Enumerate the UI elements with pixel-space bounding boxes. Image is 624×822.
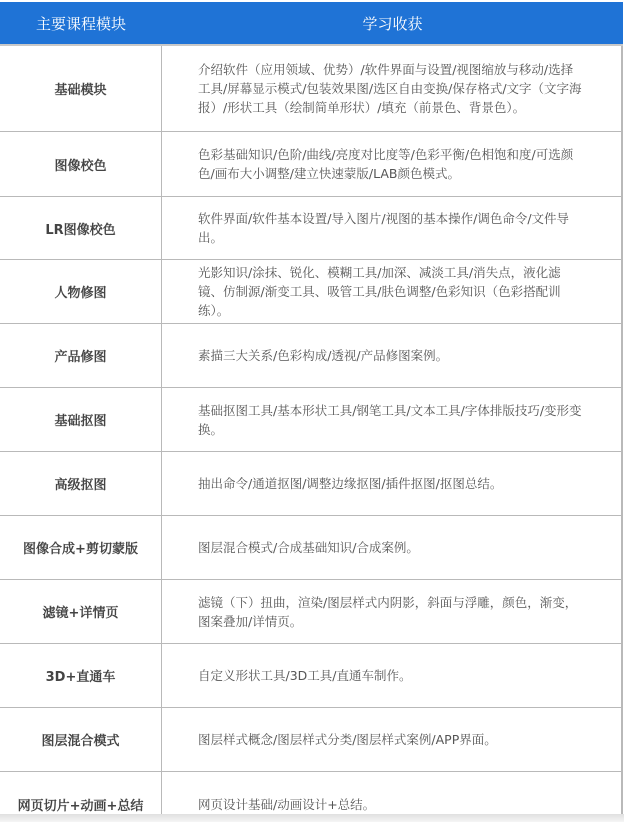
gain-cell: 素描三大关系/色彩构成/透视/产品修图案例。 [162,324,621,387]
module-cell: 滤镜+详情页 [0,580,162,643]
module-cell: 图像合成+剪切蒙版 [0,516,162,579]
gain-cell: 介绍软件（应用领域、优势）/软件界面与设置/视图缩放与移动/选择工具/屏幕显示模… [162,46,621,131]
gain-text: 抽出命令/通道抠图/调整边缘抠图/插件抠图/抠图总结。 [198,474,502,493]
gain-text: 图层样式概念/图层样式分类/图层样式案例/APP界面。 [198,730,497,749]
gain-text: 软件界面/软件基本设置/导入图片/视图的基本操作/调色命令/文件导出。 [198,209,585,247]
gain-cell: 软件界面/软件基本设置/导入图片/视图的基本操作/调色命令/文件导出。 [162,197,621,259]
module-cell: 基础模块 [0,46,162,131]
module-cell: 高级抠图 [0,452,162,515]
gain-text: 滤镜（下）扭曲，渲染/图层样式内阴影，斜面与浮雕，颜色，渐变，图案叠加/详情页。 [198,593,585,631]
gain-text: 光影知识/涂抹、锐化、模糊工具/加深、减淡工具/消失点，液化滤镜、仿制源/渐变工… [198,263,585,320]
gain-text: 色彩基础知识/色阶/曲线/亮度对比度等/色彩平衡/色相饱和度/可选颜色/画布大小… [198,145,585,183]
table-row: 人物修图 光影知识/涂抹、锐化、模糊工具/加深、减淡工具/消失点，液化滤镜、仿制… [0,260,623,324]
gain-cell: 图层样式概念/图层样式分类/图层样式案例/APP界面。 [162,708,621,771]
gain-cell: 色彩基础知识/色阶/曲线/亮度对比度等/色彩平衡/色相饱和度/可选颜色/画布大小… [162,132,621,196]
gain-cell: 图层混合模式/合成基础知识/合成案例。 [162,516,621,579]
module-cell: 图像校色 [0,132,162,196]
table-row: LR图像校色 软件界面/软件基本设置/导入图片/视图的基本操作/调色命令/文件导… [0,197,623,260]
table-row: 图层混合模式 图层样式概念/图层样式分类/图层样式案例/APP界面。 [0,708,623,772]
table-row: 高级抠图 抽出命令/通道抠图/调整边缘抠图/插件抠图/抠图总结。 [0,452,623,516]
gain-cell: 滤镜（下）扭曲，渲染/图层样式内阴影，斜面与浮雕，颜色，渐变，图案叠加/详情页。 [162,580,621,643]
gain-text: 自定义形状工具/3D工具/直通车制作。 [198,666,412,685]
course-table: 主要课程模块 学习收获 基础模块 介绍软件（应用领域、优势）/软件界面与设置/视… [0,2,623,822]
table-row: 图像合成+剪切蒙版 图层混合模式/合成基础知识/合成案例。 [0,516,623,580]
table-row: 基础模块 介绍软件（应用领域、优势）/软件界面与设置/视图缩放与移动/选择工具/… [0,46,623,132]
gain-text: 基础抠图工具/基本形状工具/钢笔工具/文本工具/字体排版技巧/变形变换。 [198,401,585,439]
gain-text: 素描三大关系/色彩构成/透视/产品修图案例。 [198,346,448,365]
table-row: 图像校色 色彩基础知识/色阶/曲线/亮度对比度等/色彩平衡/色相饱和度/可选颜色… [0,132,623,197]
gain-cell: 抽出命令/通道抠图/调整边缘抠图/插件抠图/抠图总结。 [162,452,621,515]
header-module-column: 主要课程模块 [0,2,162,44]
module-cell: 产品修图 [0,324,162,387]
gain-cell: 光影知识/涂抹、锐化、模糊工具/加深、减淡工具/消失点，液化滤镜、仿制源/渐变工… [162,260,621,323]
header-gain-column: 学习收获 [162,2,623,44]
table-row: 3D+直通车 自定义形状工具/3D工具/直通车制作。 [0,644,623,708]
module-cell: 图层混合模式 [0,708,162,771]
module-cell: 3D+直通车 [0,644,162,707]
module-cell: 基础抠图 [0,388,162,451]
module-cell: LR图像校色 [0,197,162,259]
table-row: 基础抠图 基础抠图工具/基本形状工具/钢笔工具/文本工具/字体排版技巧/变形变换… [0,388,623,452]
gain-text: 图层混合模式/合成基础知识/合成案例。 [198,538,419,557]
gain-cell: 自定义形状工具/3D工具/直通车制作。 [162,644,621,707]
gain-text: 网页设计基础/动画设计+总结。 [198,795,375,814]
module-cell: 人物修图 [0,260,162,323]
bottom-shadow [0,814,624,822]
table-header: 主要课程模块 学习收获 [0,2,623,46]
table-row: 产品修图 素描三大关系/色彩构成/透视/产品修图案例。 [0,324,623,388]
table-row: 滤镜+详情页 滤镜（下）扭曲，渲染/图层样式内阴影，斜面与浮雕，颜色，渐变，图案… [0,580,623,644]
gain-cell: 基础抠图工具/基本形状工具/钢笔工具/文本工具/字体排版技巧/变形变换。 [162,388,621,451]
gain-text: 介绍软件（应用领域、优势）/软件界面与设置/视图缩放与移动/选择工具/屏幕显示模… [198,60,585,117]
